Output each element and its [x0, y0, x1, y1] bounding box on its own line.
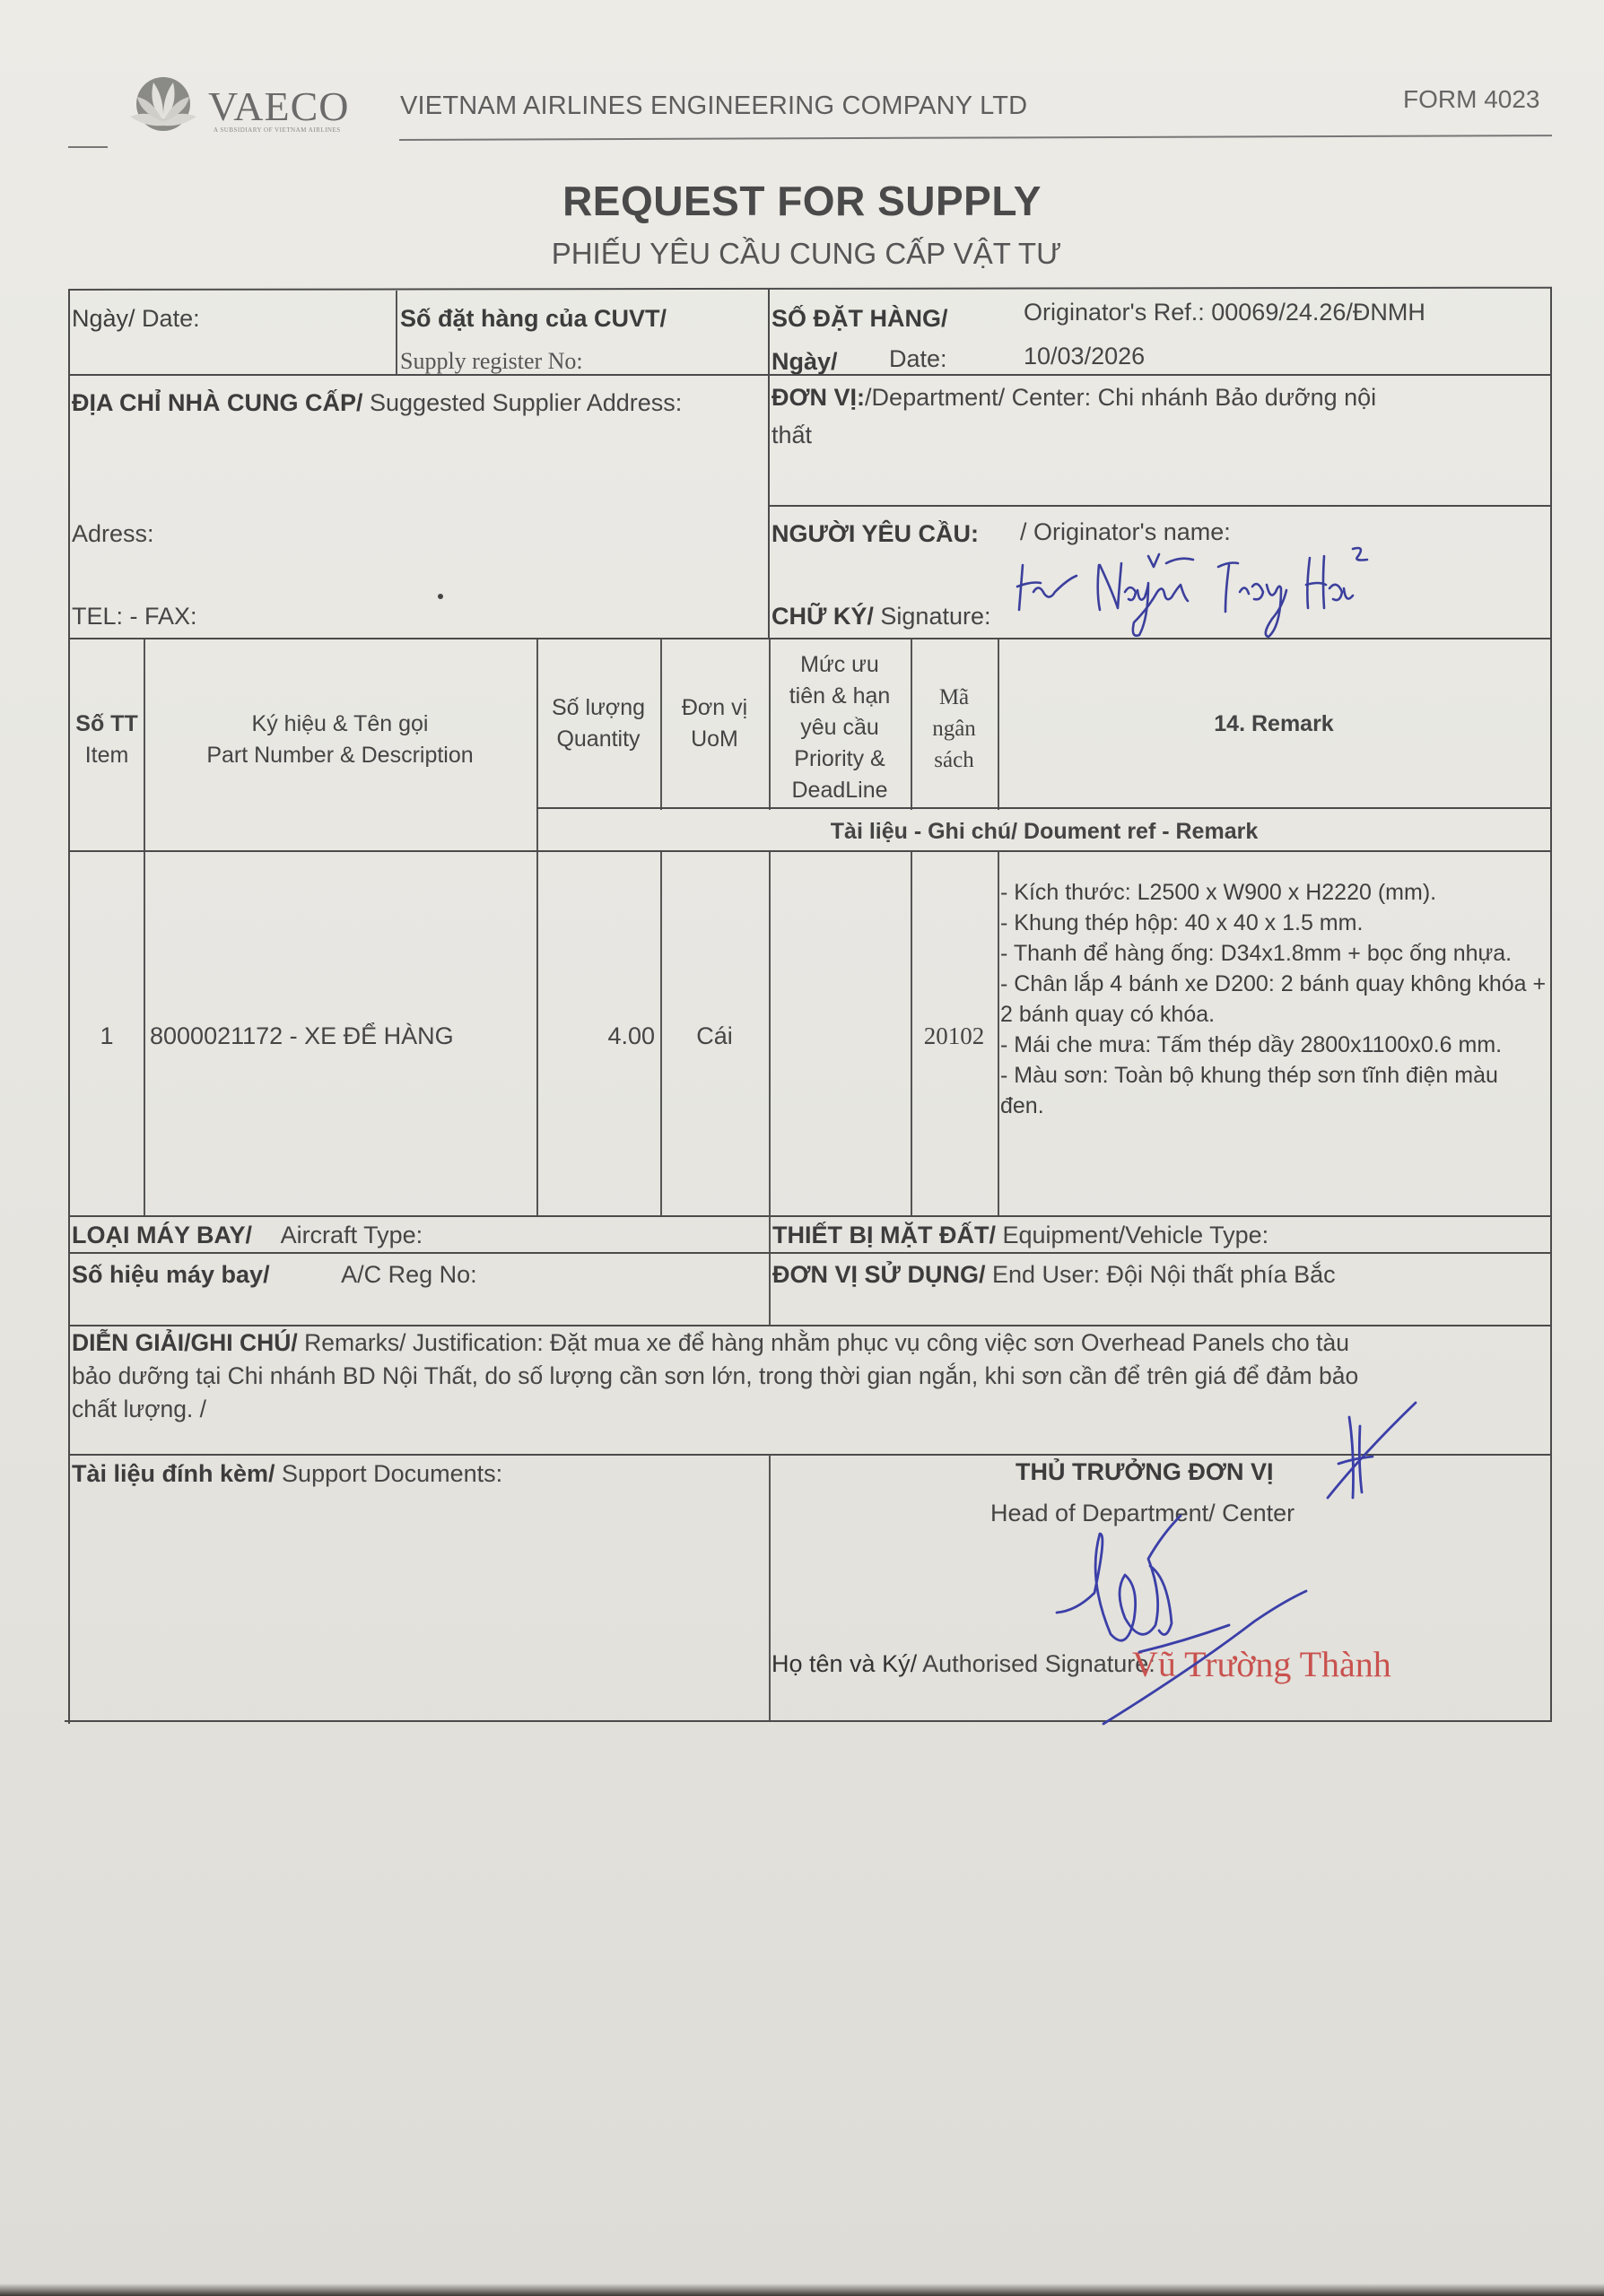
paper-edge-shadow: [0, 2283, 1604, 2296]
support-documents-field: Tài liệu đính kèm/ Support Documents:: [72, 1460, 502, 1488]
department-label-vi: ĐƠN VỊ:: [771, 384, 865, 411]
divider: [68, 1252, 1552, 1254]
divider: [769, 1216, 771, 1326]
remark-line: - Mái che mưa: Tấm thép dầy 2800x1100x0.…: [1000, 1030, 1547, 1060]
col-description-en: Part Number & Description: [144, 740, 536, 771]
col-priority-line: DeadLine: [769, 775, 911, 806]
divider: [768, 505, 1552, 507]
col-header-item: Số TT Item: [70, 709, 144, 771]
remark-line: - Khung thép hộp: 40 x 40 x 1.5 mm.: [1000, 908, 1547, 938]
col-budget-line: ngân: [911, 713, 998, 744]
justification-line-2: bảo dưỡng tại Chi nhánh BD Nội Thất, do …: [72, 1362, 1358, 1390]
header-rule: [399, 135, 1552, 141]
reg-no-field: Số hiệu máy bay/ A/C Reg No:: [72, 1261, 477, 1289]
subtitle-text: PHIẾU YÊU CẦU CUNG CẤP VẬT TƯ: [552, 237, 1062, 270]
order-date-label-vi: Ngày/: [771, 348, 838, 376]
justification-line-3: chất lượng. /: [72, 1396, 206, 1423]
supply-register-label-en: Supply register No:: [400, 348, 583, 375]
department-value-line2: thất: [771, 422, 812, 449]
end-user-field: ĐƠN VỊ SỬ DỤNG/ End User: Đội Nội thất p…: [772, 1261, 1336, 1289]
end-user-label-en: End User:: [985, 1261, 1106, 1288]
row-description: 8000021172 - XE ĐỂ HÀNG: [150, 1022, 454, 1050]
document-subtitle: PHIẾU YÊU CẦU CUNG CẤP VẬT TƯ: [0, 237, 1604, 271]
originator-signature-icon: [1014, 529, 1480, 646]
aircraft-type-label-en: Aircraft Type:: [281, 1222, 423, 1248]
table-border-top: [70, 287, 1552, 291]
order-date-label-en: Date:: [889, 345, 947, 373]
department-value: Chi nhánh Bảo dưỡng nội: [1098, 384, 1377, 411]
reg-no-label-en: A/C Reg No:: [341, 1261, 477, 1288]
order-date-value: 10/03/2026: [1024, 343, 1145, 370]
originator-ref-label: Originator's Ref.:: [1024, 299, 1205, 326]
justification-label-vi: DIỄN GIẢI/GHI CHÚ/: [72, 1329, 298, 1356]
remark-line: - Thanh để hàng ống: D34x1.8mm + bọc ống…: [1000, 938, 1547, 969]
row-quantity: 4.00: [536, 1022, 655, 1050]
document-title: REQUEST FOR SUPPLY: [0, 177, 1604, 225]
date-label-vi: Ngày/: [72, 305, 135, 332]
aircraft-type-label-vi: LOẠI MÁY BAY/: [72, 1222, 252, 1248]
col-priority-line: yêu cầu: [769, 712, 911, 744]
end-user-value: Đội Nội thất phía Bắc: [1107, 1261, 1336, 1288]
col-header-remark: 14. Remark: [998, 709, 1550, 740]
justification-label-en: Remarks/ Justification:: [298, 1329, 550, 1356]
divider: [768, 289, 770, 639]
brand-tagline: A SUBSIDIARY OF VIETNAM AIRLINES: [214, 126, 341, 134]
aircraft-type-field: LOẠI MÁY BAY/ Aircraft Type:: [72, 1222, 423, 1249]
divider: [396, 291, 397, 376]
equipment-type-field: THIẾT BỊ MẶT ĐẤT/ Equipment/Vehicle Type…: [772, 1222, 1268, 1249]
col-priority-line: tiên & hạn: [769, 681, 911, 712]
col-quantity-vi: Số lượng: [536, 692, 660, 724]
signature-label-en: Signature:: [874, 603, 991, 630]
col-item-vi: Số TT: [70, 709, 144, 740]
signature-field: CHỮ KÝ/ Signature:: [771, 603, 991, 631]
col-item-en: Item: [70, 740, 144, 771]
row-budget-code: 20102: [911, 1022, 998, 1050]
col-budget-line: Mã: [911, 682, 998, 713]
col-budget-line: sách: [911, 744, 998, 776]
originator-name-label-vi: NGƯỜI YÊU CẦU:: [771, 520, 979, 548]
row-remark: - Kích thước: L2500 x W900 x H2220 (mm).…: [1000, 877, 1547, 1121]
remark-line: - Màu sơn: Toàn bộ khung thép sơn tĩnh đ…: [1000, 1060, 1547, 1121]
department-field: ĐƠN VỊ:/Department/ Center: Chi nhánh Bả…: [771, 384, 1376, 412]
doc-ref-header: Tài liệu - Ghi chú/ Doument ref - Remark: [536, 816, 1552, 848]
form-number: FORM 4023: [1403, 85, 1540, 114]
signature-label-vi: CHỮ KÝ/: [771, 603, 874, 630]
divider: [68, 1325, 1552, 1326]
col-header-priority: Mức ưu tiên & hạn yêu cầu Priority & Dea…: [769, 649, 911, 806]
supplier-label-vi: ĐỊA CHỈ NHÀ CUNG CẤP/: [72, 389, 363, 416]
equipment-label-en: Equipment/Vehicle Type:: [996, 1222, 1268, 1248]
originator-ref: Originator's Ref.: 00069/24.26/ĐNMH: [1024, 299, 1425, 326]
equipment-label-vi: THIẾT BỊ MẶT ĐẤT/: [772, 1222, 996, 1248]
supplier-address-label: ĐỊA CHỈ NHÀ CUNG CẤP/ Suggested Supplier…: [72, 389, 682, 417]
justification-line-1: DIỄN GIẢI/GHI CHÚ/ Remarks/ Justificatio…: [72, 1329, 1349, 1357]
col-header-description: Ký hiệu & Tên gọi Part Number & Descript…: [144, 709, 536, 771]
supply-register-label-vi: Số đặt hàng của CUVT/: [400, 305, 667, 333]
row-uom: Cái: [660, 1022, 769, 1050]
col-header-quantity: Số lượng Quantity: [536, 692, 660, 755]
table-border-left: [68, 289, 70, 1724]
support-docs-label-vi: Tài liệu đính kèm/: [72, 1460, 275, 1487]
col-quantity-en: Quantity: [536, 724, 660, 755]
remark-line: - Chân lắp 4 bánh xe D200: 2 bánh quay k…: [1000, 969, 1547, 1030]
address-label: Adress:: [72, 520, 154, 548]
support-docs-label-en: Support Documents:: [275, 1460, 503, 1487]
head-signature-icon: [1014, 1399, 1426, 1731]
department-label-en: /Department/ Center:: [865, 384, 1098, 411]
col-priority-line: Priority &: [769, 744, 911, 775]
divider: [998, 852, 999, 1216]
col-uom-vi: Đơn vị: [660, 692, 769, 724]
table-border-right: [1550, 287, 1552, 1722]
brand-name: VAECO: [208, 83, 350, 130]
header-rule-left: [68, 146, 108, 148]
remark-line: - Kích thước: L2500 x W900 x H2220 (mm).: [1000, 877, 1547, 908]
divider: [68, 850, 1552, 852]
date-field: Ngày/ Date:: [72, 305, 200, 333]
col-header-budget-code: Mã ngân sách: [911, 682, 998, 776]
lotus-logo-icon: [121, 74, 206, 138]
justification-text: Đặt mua xe để hàng nhằm phục vụ công việ…: [550, 1329, 1349, 1356]
supplier-label-en: Suggested Supplier Address:: [363, 389, 683, 416]
divider: [536, 807, 1552, 809]
order-no-label: SỐ ĐẶT HÀNG/: [771, 305, 948, 333]
col-uom-en: UoM: [660, 724, 769, 755]
originator-ref-value: 00069/24.26/ĐNMH: [1211, 299, 1425, 326]
reg-no-label-vi: Số hiệu máy bay/: [72, 1261, 270, 1288]
company-name: VIETNAM AIRLINES ENGINEERING COMPANY LTD: [400, 91, 1027, 121]
row-item-no: 1: [70, 1022, 144, 1050]
col-header-uom: Đơn vị UoM: [660, 692, 769, 755]
divider: [769, 852, 771, 1216]
date-label-en: Date:: [135, 305, 200, 332]
divider: [68, 1215, 1552, 1217]
tel-fax-label: TEL: - FAX:: [72, 603, 197, 631]
col-description-vi: Ký hiệu & Tên gọi: [144, 709, 536, 740]
col-priority-line: Mức ưu: [769, 649, 911, 681]
authorised-label-vi: Họ tên và Ký/: [771, 1650, 917, 1677]
ink-dot: [438, 594, 443, 599]
divider: [769, 1455, 771, 1720]
end-user-label-vi: ĐƠN VỊ SỬ DỤNG/: [772, 1261, 985, 1288]
